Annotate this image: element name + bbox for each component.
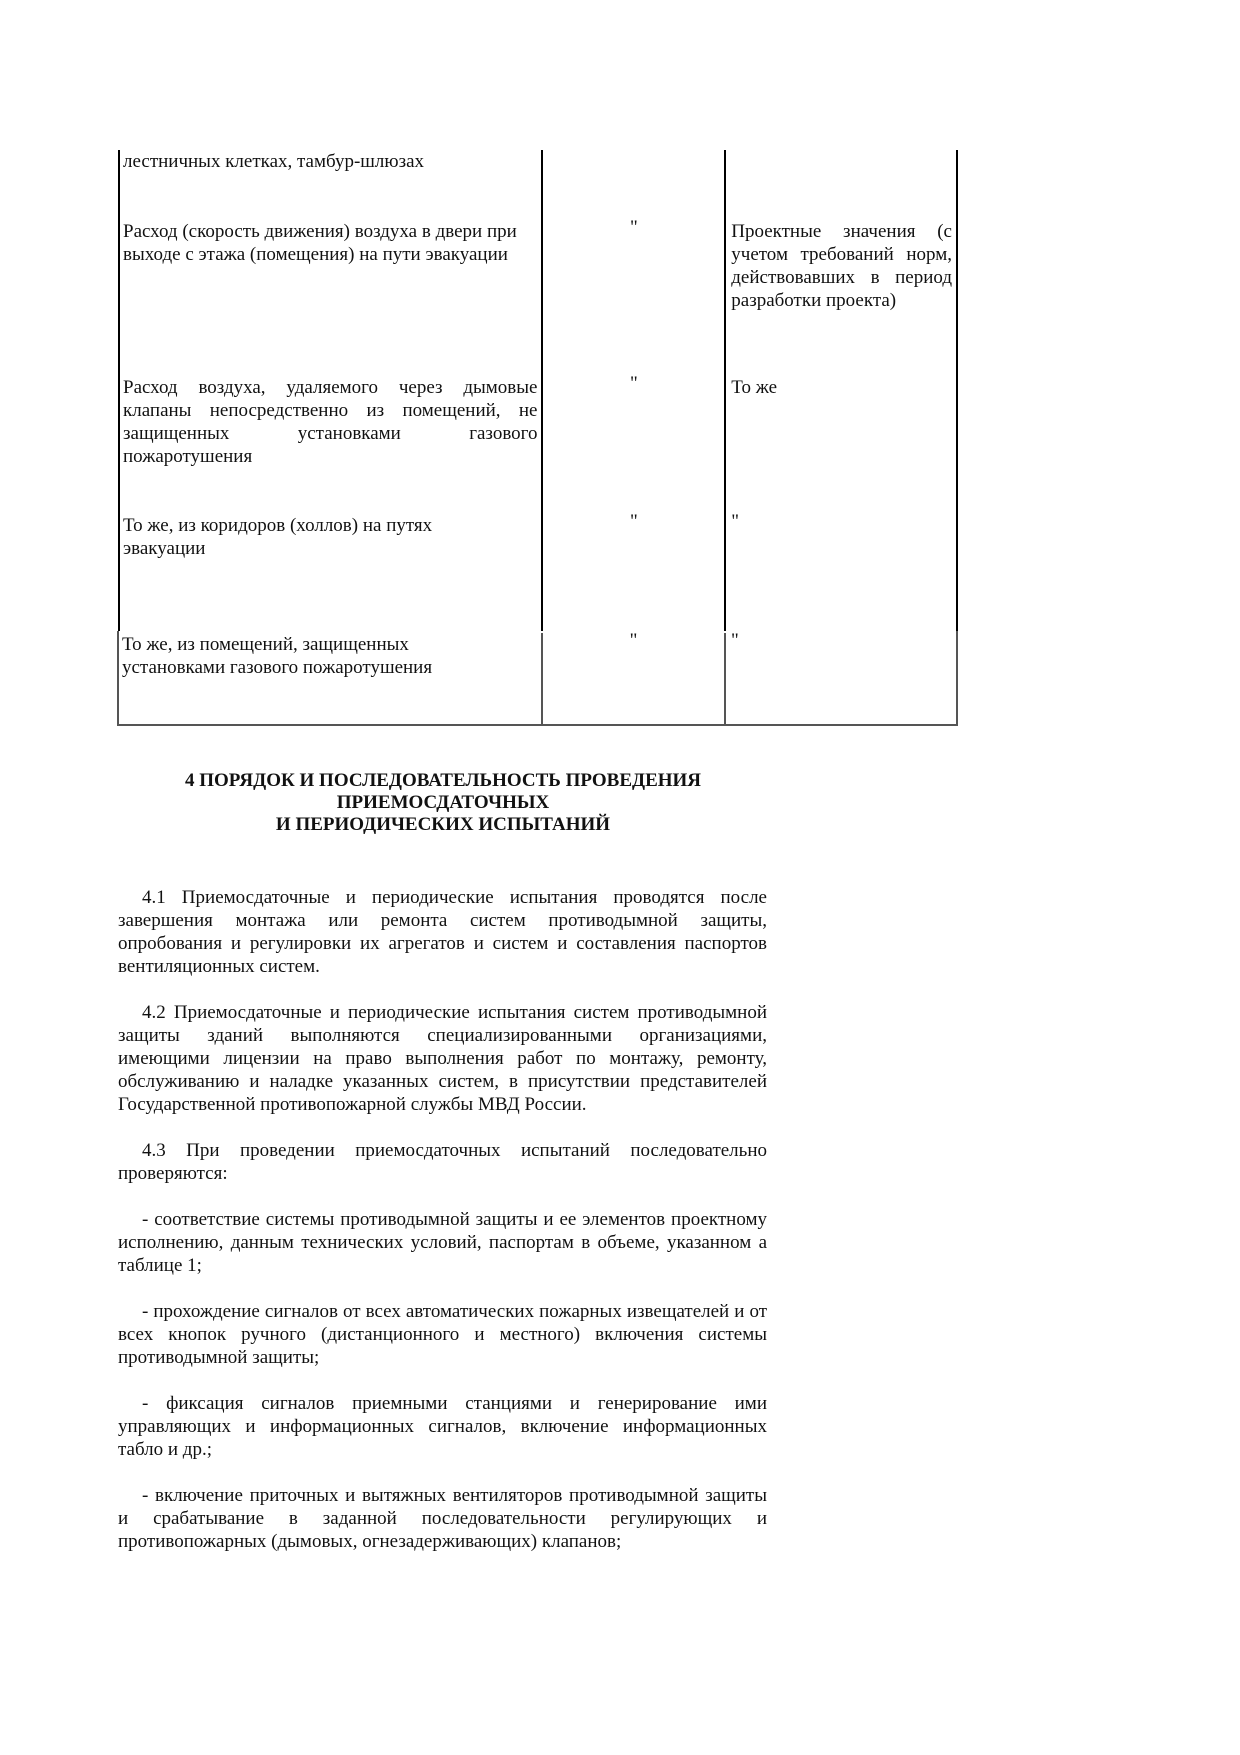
cell-value: " <box>726 514 956 631</box>
heading-line: ПРИЕМОСДАТОЧНЫХ <box>118 792 768 814</box>
cell-text: лестничных клетках, тамбур-шлюзах <box>123 151 424 172</box>
table-segment-main: лестничных клетках, тамбур-шлюзах Расход… <box>118 150 958 631</box>
table-row: То же, из помещений, защищенных установк… <box>119 631 956 724</box>
paragraph-4-2: 4.2 Приемосдаточные и периодические испы… <box>118 1001 767 1116</box>
table-row: Расход воздуха, удаляемого через дымовые… <box>120 376 956 514</box>
cell-value: Проектные значения (с учетом требований … <box>726 220 956 376</box>
cell-text: " <box>543 629 724 652</box>
cell-text: То же <box>731 376 952 399</box>
table-row: лестничных клетках, тамбур-шлюзах <box>120 150 956 220</box>
cell-text: То же, из помещений, защищенных установк… <box>122 633 462 679</box>
table-row: Расход (скорость движения) воздуха в две… <box>120 220 956 376</box>
section-body: 4.1 Приемосдаточные и периодические испы… <box>118 886 767 1576</box>
cell-unit: " <box>543 633 726 724</box>
heading-line: 4 ПОРЯДОК И ПОСЛЕДОВАТЕЛЬНОСТЬ ПРОВЕДЕНИ… <box>118 770 768 792</box>
cell-unit: " <box>543 514 726 631</box>
list-item: - включение приточных и вытяжных вентиля… <box>118 1484 767 1553</box>
cell-text: " <box>731 629 952 652</box>
cell-text: Проектные значения (с учетом требований … <box>731 220 952 312</box>
list-item: - прохождение сигналов от всех автоматич… <box>118 1300 767 1369</box>
cell-parameter: То же, из помещений, защищенных установк… <box>119 633 543 724</box>
cell-unit: " <box>543 220 726 376</box>
cell-parameter: лестничных клетках, тамбур-шлюзах <box>120 150 543 220</box>
heading-line: И ПЕРИОДИЧЕСКИХ ИСПЫТАНИЙ <box>118 814 768 836</box>
cell-unit: " <box>543 376 726 514</box>
cell-parameter: То же, из коридоров (холлов) на путях эв… <box>120 514 543 631</box>
cell-unit <box>543 150 726 220</box>
cell-text: То же, из коридоров (холлов) на путях эв… <box>123 514 463 560</box>
paragraph-4-3: 4.3 При проведении приемосдаточных испыт… <box>118 1139 767 1185</box>
section-heading: 4 ПОРЯДОК И ПОСЛЕДОВАТЕЛЬНОСТЬ ПРОВЕДЕНИ… <box>118 770 768 836</box>
cell-text: " <box>543 216 724 239</box>
cell-text: Расход (скорость движения) воздуха в две… <box>123 220 537 266</box>
cell-text: " <box>543 510 724 533</box>
list-item: - соответствие системы противодымной защ… <box>118 1208 767 1277</box>
parameters-table: лестничных клетках, тамбур-шлюзах Расход… <box>118 150 958 726</box>
cell-value <box>726 150 956 220</box>
cell-text: Расход воздуха, удаляемого через дымовые… <box>123 376 537 468</box>
table-segment-continued: То же, из помещений, защищенных установк… <box>117 631 958 726</box>
cell-value: То же <box>726 376 956 514</box>
cell-parameter: Расход воздуха, удаляемого через дымовые… <box>120 376 543 514</box>
list-item: - фиксация сигналов приемными станциями … <box>118 1392 767 1461</box>
cell-parameter: Расход (скорость движения) воздуха в две… <box>120 220 543 376</box>
cell-value: " <box>726 633 956 724</box>
cell-text: " <box>731 510 952 533</box>
cell-text: " <box>543 372 724 395</box>
paragraph-4-1: 4.1 Приемосдаточные и периодические испы… <box>118 886 767 978</box>
table-row: То же, из коридоров (холлов) на путях эв… <box>120 514 956 631</box>
